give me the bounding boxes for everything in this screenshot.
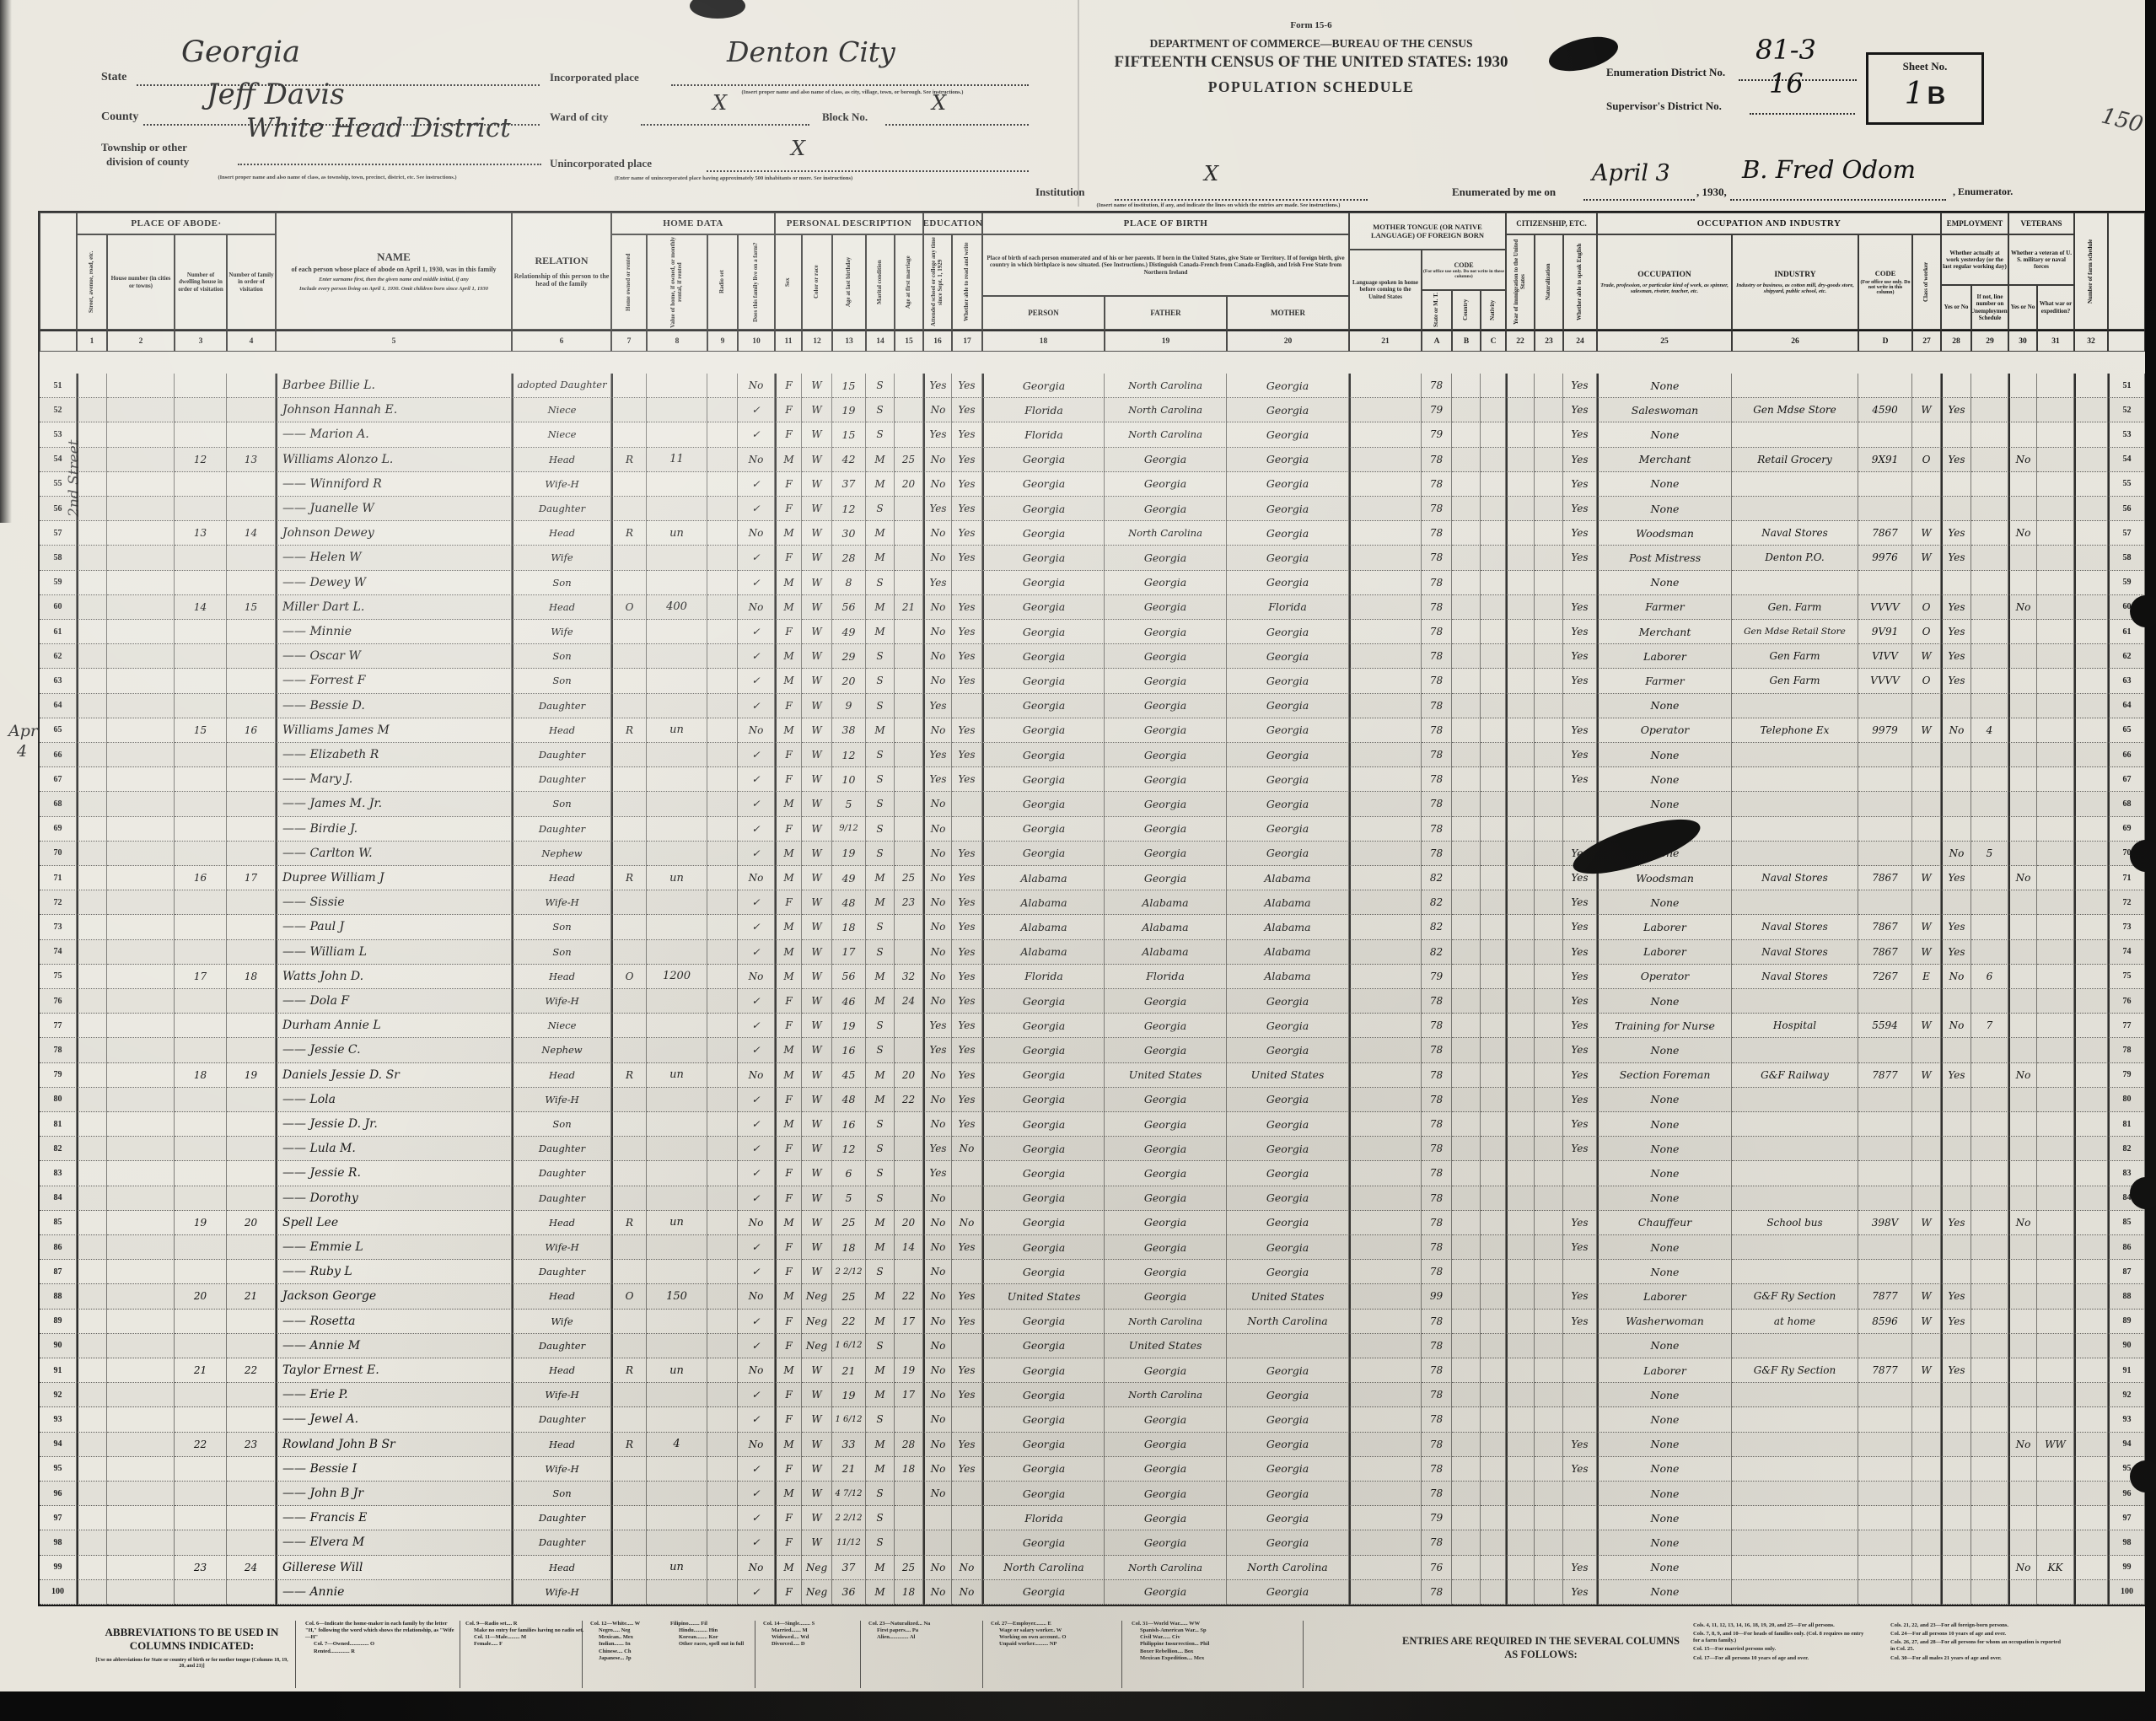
- cell-own: [611, 842, 647, 866]
- cell-age: 2 2/12: [832, 1260, 866, 1284]
- cell-cB: [1452, 965, 1481, 989]
- cell-cA: 78: [1422, 472, 1452, 497]
- cell-fam: [227, 472, 276, 497]
- cell-hn: [107, 1063, 175, 1088]
- cell-hn: [107, 1358, 175, 1383]
- cell-sch: No: [923, 1482, 952, 1506]
- cell-ind: at home: [1732, 1310, 1858, 1334]
- cell-col: W: [802, 965, 832, 989]
- cell-lnl: 57: [40, 521, 77, 546]
- cell-cls: [1912, 1530, 1941, 1555]
- cell-eng: Yes: [1563, 1310, 1597, 1334]
- cell-cls: [1912, 743, 1941, 767]
- cell-fam: 16: [227, 718, 276, 743]
- cell-sex: F: [775, 694, 802, 718]
- cell-occ: None: [1597, 1457, 1732, 1482]
- cell-bpm: Georgia: [1227, 546, 1349, 570]
- cell-dw: [175, 1112, 227, 1137]
- cell-cls: [1912, 1161, 1941, 1186]
- cell-bpp: Georgia: [982, 1433, 1105, 1457]
- cell-farm: No: [738, 1358, 775, 1383]
- cell-col: W: [802, 1063, 832, 1088]
- cell-occ: None: [1597, 1161, 1732, 1186]
- cell-war: [2037, 842, 2074, 866]
- cell-occ: None: [1597, 743, 1732, 767]
- cell-col: W: [802, 374, 832, 398]
- cell-dw: [175, 398, 227, 422]
- unincorporated-value: X: [791, 137, 805, 160]
- cell-rw: Yes: [952, 1014, 982, 1038]
- cell-nat: [1535, 1014, 1563, 1038]
- cell-ind: [1732, 422, 1858, 447]
- cell-bpf: Georgia: [1105, 1433, 1227, 1457]
- table-row: 86—— Emmie LWife-H✓FW18M14NoYesGeorgiaGe…: [40, 1235, 2145, 1260]
- cell-own: R: [611, 448, 647, 472]
- cell-cC: [1481, 448, 1506, 472]
- cell-mar: S: [866, 1038, 895, 1062]
- cell-dw: [175, 546, 227, 570]
- cell-tong: [1349, 694, 1422, 718]
- header-code-state: State or M. T.: [1422, 290, 1452, 330]
- cell-war: [2037, 1358, 2074, 1383]
- cell-own: [611, 1310, 647, 1334]
- cell-name: —— Francis E: [276, 1506, 512, 1530]
- cell-ind: [1732, 1506, 1858, 1530]
- cell-nat: [1535, 817, 1563, 842]
- cell-war: [2037, 866, 2074, 890]
- cell-ind: [1732, 1383, 1858, 1407]
- cell-eng: [1563, 817, 1597, 842]
- cell-rw: [952, 571, 982, 595]
- column-number: 18: [982, 330, 1105, 352]
- cell-yri: [1506, 1530, 1535, 1555]
- cell-cA: 78: [1422, 817, 1452, 842]
- header-color-race: Color or race: [802, 234, 832, 330]
- cell-sch: Yes: [923, 1161, 952, 1186]
- enumerator-value: B. Fred Odom: [1742, 155, 1916, 184]
- cell-bpf: United States: [1105, 1063, 1227, 1088]
- cell-st: [77, 1506, 107, 1530]
- cell-name: Jackson George: [276, 1284, 512, 1309]
- cell-mar: S: [866, 792, 895, 816]
- cell-fam: [227, 1112, 276, 1137]
- column-number: 4: [227, 330, 276, 352]
- cell-st: [77, 521, 107, 546]
- cell-cA: 82: [1422, 890, 1452, 915]
- cell-unemp: 6: [1971, 965, 2008, 989]
- cell-tong: [1349, 792, 1422, 816]
- cell-cA: 99: [1422, 1284, 1452, 1309]
- cell-fs: [2074, 694, 2108, 718]
- cell-fs: [2074, 620, 2108, 644]
- cell-war: [2037, 940, 2074, 965]
- cell-emp: Yes: [1941, 1284, 1971, 1309]
- cell-bpp: Georgia: [982, 374, 1105, 398]
- cell-unemp: [1971, 1063, 2008, 1088]
- column-number: 2: [107, 330, 175, 352]
- cell-cC: [1481, 1358, 1506, 1383]
- cell-col: W: [802, 644, 832, 669]
- cell-cD: [1858, 1334, 1912, 1358]
- cell-cA: 78: [1422, 644, 1452, 669]
- cell-lnr: 74: [2108, 940, 2145, 965]
- table-row: 97—— Francis EDaughter✓FW2 2/12SFloridaG…: [40, 1506, 2145, 1530]
- cell-bpp: United States: [982, 1284, 1105, 1309]
- census-scan: { "form": { "form_no": "Form 15-6", "dep…: [0, 0, 2156, 1721]
- cell-bpp: Georgia: [982, 1334, 1105, 1358]
- cell-hn: [107, 1088, 175, 1112]
- abbrev-block: Col. 14—Single........ SMarried....... M…: [763, 1621, 863, 1648]
- cell-eng: Yes: [1563, 422, 1597, 447]
- cell-lnr: 94: [2108, 1433, 2145, 1457]
- column-number: 25: [1597, 330, 1732, 352]
- cell-st: [77, 989, 107, 1014]
- cell-lnl: 69: [40, 817, 77, 842]
- cell-war: [2037, 1014, 2074, 1038]
- cell-cC: [1481, 1235, 1506, 1260]
- cell-dw: [175, 1580, 227, 1605]
- cell-own: R: [611, 1358, 647, 1383]
- cell-cC: [1481, 595, 1506, 620]
- cell-sex: F: [775, 546, 802, 570]
- cell-vet: [2008, 571, 2037, 595]
- cell-val: [647, 1235, 707, 1260]
- cell-cls: [1912, 842, 1941, 866]
- cell-bpm: Georgia: [1227, 694, 1349, 718]
- cell-farm: ✓: [738, 546, 775, 570]
- cell-cD: 7877: [1858, 1284, 1912, 1309]
- cell-sch: No: [923, 1063, 952, 1088]
- cell-rw: Yes: [952, 989, 982, 1014]
- cell-nat: [1535, 792, 1563, 816]
- cell-unemp: [1971, 521, 2008, 546]
- cell-cD: [1858, 792, 1912, 816]
- cell-rel: Niece: [512, 422, 611, 447]
- table-row: 93—— Jewel A.Daughter✓FW1 6/12SNoGeorgia…: [40, 1407, 2145, 1432]
- cell-st: [77, 374, 107, 398]
- cell-own: [611, 1530, 647, 1555]
- cell-farm: ✓: [738, 1383, 775, 1407]
- cell-emp: Yes: [1941, 521, 1971, 546]
- cell-occ: None: [1597, 1433, 1732, 1457]
- cell-cD: 7267: [1858, 965, 1912, 989]
- cell-hn: [107, 817, 175, 842]
- cell-fs: [2074, 1284, 2108, 1309]
- cell-cD: 7867: [1858, 521, 1912, 546]
- cell-rad: [707, 940, 738, 965]
- cell-fs: [2074, 1137, 2108, 1161]
- supervisors-district-value: 16: [1769, 67, 1804, 99]
- cell-cC: [1481, 1407, 1506, 1432]
- cell-cA: 78: [1422, 718, 1452, 743]
- state-label: State: [101, 71, 126, 84]
- cell-occ: Merchant: [1597, 620, 1732, 644]
- township-label-1: Township or other: [101, 141, 187, 154]
- cell-bpp: Georgia: [982, 1063, 1105, 1088]
- cell-cA: 76: [1422, 1556, 1452, 1580]
- cell-vet: [2008, 374, 2037, 398]
- cell-fam: [227, 767, 276, 792]
- cell-val: [647, 620, 707, 644]
- hole-punch: [2130, 840, 2156, 872]
- cell-col: W: [802, 546, 832, 570]
- cell-mar: S: [866, 1260, 895, 1284]
- cell-sch: No: [923, 472, 952, 497]
- cell-own: [611, 1088, 647, 1112]
- column-number: 11: [775, 330, 802, 352]
- cell-own: [611, 620, 647, 644]
- cell-cB: [1452, 422, 1481, 447]
- cell-val: [647, 1038, 707, 1062]
- cell-cls: O: [1912, 448, 1941, 472]
- cell-sch: No: [923, 1310, 952, 1334]
- cell-rw: Yes: [952, 1063, 982, 1088]
- table-row: 100—— AnnieWife-H✓FNeg36M18NoNoGeorgiaGe…: [40, 1580, 2145, 1605]
- cell-nat: [1535, 915, 1563, 939]
- cell-nat: [1535, 571, 1563, 595]
- cell-sex: M: [775, 571, 802, 595]
- cell-lnl: 52: [40, 398, 77, 422]
- cell-sex: F: [775, 817, 802, 842]
- cell-cls: [1912, 1137, 1941, 1161]
- cell-cC: [1481, 1038, 1506, 1062]
- cell-fs: [2074, 1407, 2108, 1432]
- cell-bpp: Georgia: [982, 1211, 1105, 1235]
- cell-bpf: Georgia: [1105, 1235, 1227, 1260]
- cell-fs: [2074, 1063, 2108, 1088]
- header-speak-english: Whether able to speak English: [1563, 234, 1597, 330]
- cell-sch: No: [923, 521, 952, 546]
- cell-sch: Yes: [923, 422, 952, 447]
- cell-eng: Yes: [1563, 1014, 1597, 1038]
- cell-occ: None: [1597, 1334, 1732, 1358]
- cell-tong: [1349, 1137, 1422, 1161]
- cell-fs: [2074, 1457, 2108, 1482]
- cell-yri: [1506, 1383, 1535, 1407]
- cell-fs: [2074, 595, 2108, 620]
- cell-cB: [1452, 1284, 1481, 1309]
- cell-hn: [107, 915, 175, 939]
- cell-war: [2037, 422, 2074, 447]
- cell-fam: [227, 546, 276, 570]
- cell-hn: [107, 718, 175, 743]
- cell-occ: Washerwoman: [1597, 1310, 1732, 1334]
- cell-sch: No: [923, 1433, 952, 1457]
- cell-bpm: Georgia: [1227, 448, 1349, 472]
- cell-lnl: 66: [40, 743, 77, 767]
- cell-bpp: Florida: [982, 422, 1105, 447]
- cell-war: [2037, 1260, 2074, 1284]
- cell-sex: M: [775, 915, 802, 939]
- cell-bpp: Georgia: [982, 571, 1105, 595]
- abbrev-block: Col. 12—White..... WNegro..... NegMexica…: [590, 1621, 666, 1662]
- column-number: 31: [2037, 330, 2074, 352]
- cell-bpp: Georgia: [982, 1112, 1105, 1137]
- cell-own: [611, 694, 647, 718]
- table-row: 80—— LolaWife-H✓FW48M22NoYesGeorgiaGeorg…: [40, 1088, 2145, 1112]
- cell-val: un: [647, 866, 707, 890]
- cell-lnl: 54: [40, 448, 77, 472]
- scan-edge-left: [0, 0, 12, 523]
- cell-name: Miller Dart L.: [276, 595, 512, 620]
- cell-occ: Operator: [1597, 718, 1732, 743]
- table-row: 92—— Erie P.Wife-H✓FW19M17NoYesGeorgiaNo…: [40, 1383, 2145, 1407]
- entries-col-2: Cols. 21, 22, and 23—For all foreign-bor…: [1890, 1622, 2063, 1664]
- cell-unemp: [1971, 1186, 2008, 1211]
- header-radio-set: Radio set: [707, 234, 738, 330]
- cell-rad: [707, 1038, 738, 1062]
- cell-mar: S: [866, 1186, 895, 1211]
- column-number: 10: [738, 330, 775, 352]
- cell-bpp: Georgia: [982, 448, 1105, 472]
- cell-fam: [227, 398, 276, 422]
- cell-afm: 22: [895, 1284, 923, 1309]
- cell-sex: F: [775, 374, 802, 398]
- cell-bpp: Georgia: [982, 767, 1105, 792]
- cell-lnl: 98: [40, 1530, 77, 1555]
- unincorporated-note: (Enter name of unincorporated place havi…: [590, 175, 877, 181]
- cell-sex: F: [775, 1580, 802, 1605]
- cell-bpp: Georgia: [982, 644, 1105, 669]
- cell-mar: M: [866, 1580, 895, 1605]
- cell-st: [77, 1014, 107, 1038]
- cell-st: [77, 1310, 107, 1334]
- cell-rad: [707, 989, 738, 1014]
- cell-fs: [2074, 1186, 2108, 1211]
- cell-sch: No: [923, 1211, 952, 1235]
- cell-tong: [1349, 374, 1422, 398]
- cell-fs: [2074, 792, 2108, 816]
- cell-hn: [107, 398, 175, 422]
- cell-rw: Yes: [952, 669, 982, 693]
- cell-bpp: Georgia: [982, 1580, 1105, 1605]
- cell-name: —— Dola F: [276, 989, 512, 1014]
- table-row: 63—— Forrest FSon✓MW20SNoYesGeorgiaGeorg…: [40, 669, 2145, 693]
- cell-bpm: North Carolina: [1227, 1556, 1349, 1580]
- cell-dw: [175, 497, 227, 521]
- cell-occ: None: [1597, 1383, 1732, 1407]
- cell-mar: M: [866, 1556, 895, 1580]
- cell-rel: Wife-H: [512, 472, 611, 497]
- cell-cls: W: [1912, 1063, 1941, 1088]
- cell-emp: [1941, 374, 1971, 398]
- cell-vet: [2008, 940, 2037, 965]
- cell-cC: [1481, 497, 1506, 521]
- cell-cB: [1452, 1334, 1481, 1358]
- cell-col: W: [802, 669, 832, 693]
- enumerator-suffix: , Enumerator.: [1953, 186, 2013, 198]
- cell-lnl: 75: [40, 965, 77, 989]
- cell-st: [77, 1063, 107, 1088]
- state-value: Georgia: [181, 35, 300, 69]
- cell-war: [2037, 1088, 2074, 1112]
- cell-age: 4 7/12: [832, 1482, 866, 1506]
- cell-rel: Wife: [512, 620, 611, 644]
- cell-sex: M: [775, 1112, 802, 1137]
- cell-vet: [2008, 1137, 2037, 1161]
- cell-nat: [1535, 718, 1563, 743]
- cell-yri: [1506, 1088, 1535, 1112]
- line-number-header: [2108, 212, 2145, 330]
- cell-name: —— Mary J.: [276, 767, 512, 792]
- cell-nat: [1535, 1186, 1563, 1211]
- cell-val: [647, 694, 707, 718]
- cell-own: [611, 792, 647, 816]
- cell-yri: [1506, 1284, 1535, 1309]
- cell-ind: School bus: [1732, 1211, 1858, 1235]
- cell-occ: None: [1597, 694, 1732, 718]
- cell-own: [611, 1334, 647, 1358]
- cell-sch: No: [923, 1186, 952, 1211]
- cell-yri: [1506, 1063, 1535, 1088]
- cell-war: [2037, 817, 2074, 842]
- cell-cC: [1481, 940, 1506, 965]
- cell-tong: [1349, 422, 1422, 447]
- cell-cA: 78: [1422, 497, 1452, 521]
- cell-bpm: Georgia: [1227, 1088, 1349, 1112]
- line-number-header: [40, 212, 77, 330]
- cell-own: [611, 1038, 647, 1062]
- cell-val: [647, 644, 707, 669]
- column-number: 28: [1941, 330, 1971, 352]
- cell-war: [2037, 743, 2074, 767]
- cell-cC: [1481, 374, 1506, 398]
- cell-eng: Yes: [1563, 1211, 1597, 1235]
- cell-cls: [1912, 1556, 1941, 1580]
- cell-fs: [2074, 1310, 2108, 1334]
- cell-tong: [1349, 1482, 1422, 1506]
- cell-own: [611, 817, 647, 842]
- cell-occ: None: [1597, 571, 1732, 595]
- cell-cC: [1481, 1530, 1506, 1555]
- cell-tong: [1349, 1580, 1422, 1605]
- cell-yri: [1506, 521, 1535, 546]
- cell-dw: [175, 767, 227, 792]
- cell-hn: [107, 1161, 175, 1186]
- cell-bpm: Georgia: [1227, 472, 1349, 497]
- table-row: 96—— John B JrSon✓MW4 7/12SNoGeorgiaGeor…: [40, 1482, 2145, 1506]
- cell-bpp: Georgia: [982, 1407, 1105, 1432]
- cell-cC: [1481, 521, 1506, 546]
- cell-sex: M: [775, 669, 802, 693]
- cell-cB: [1452, 1161, 1481, 1186]
- cell-col: W: [802, 1433, 832, 1457]
- cell-bpf: Georgia: [1105, 1358, 1227, 1383]
- unincorporated-label: Unincorporated place: [550, 157, 652, 170]
- cell-own: [611, 669, 647, 693]
- table-row: 851920Spell LeeHeadRunNoMW25M20NoNoGeorg…: [40, 1211, 2145, 1235]
- cell-fs: [2074, 767, 2108, 792]
- form-number: Form 15-6: [1218, 20, 1404, 30]
- cell-st: [77, 718, 107, 743]
- entries-title: ENTRIES ARE REQUIRED IN THE SEVERAL COLU…: [1400, 1634, 1682, 1662]
- cell-hn: [107, 792, 175, 816]
- cell-unemp: [1971, 1358, 2008, 1383]
- cell-val: 400: [647, 595, 707, 620]
- cell-unemp: [1971, 1137, 2008, 1161]
- group-employment: EMPLOYMENT: [1941, 212, 2008, 234]
- cell-nat: [1535, 1482, 1563, 1506]
- cell-sch: Yes: [923, 571, 952, 595]
- cell-occ: None: [1597, 1186, 1732, 1211]
- cell-emp: Yes: [1941, 448, 1971, 472]
- cell-bpm: Georgia: [1227, 1482, 1349, 1506]
- cell-vet: [2008, 767, 2037, 792]
- cell-col: W: [802, 940, 832, 965]
- header-dwelling-number: Number of dwelling house in order of vis…: [175, 234, 227, 330]
- cell-cC: [1481, 1186, 1506, 1211]
- cell-lnr: 99: [2108, 1556, 2145, 1580]
